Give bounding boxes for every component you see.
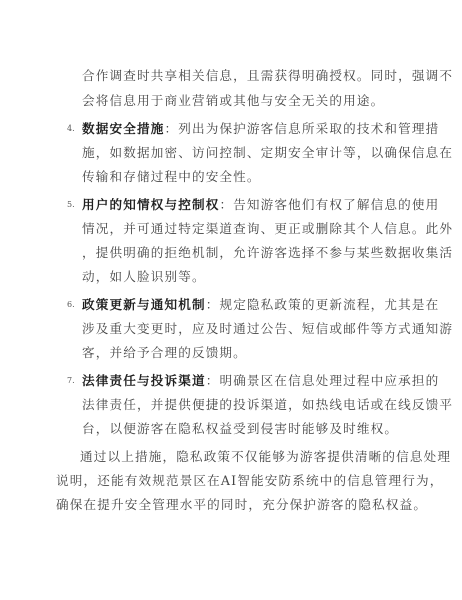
list-item-first-line: 政策更新与通知机制：规定隐私政策的更新流程，尤其是在 xyxy=(82,297,439,313)
continuation-line: 会将信息用于商业营销或其他与安全无关的用途。 xyxy=(82,93,384,109)
conclusion-line: 通过以上措施，隐私政策不仅能够为游客提供清晰的信息处理 xyxy=(80,449,451,465)
document-page: 合作调查时共享相关信息，且需获得明确授权。同时，强调不 会将信息用于商业营销或其… xyxy=(0,0,462,600)
list-item-text: ：明确景区在信息处理过程中应承担的 xyxy=(206,373,440,388)
list-number: 5. xyxy=(67,197,75,213)
list-item-title: 法律责任与投诉渠道 xyxy=(82,373,206,388)
list-item-first-line: 数据安全措施：列出为保护游客信息所采取的技术和管理措 xyxy=(82,121,439,137)
list-item-line: 台，以便游客在隐私权益受到侵害时能够及时维权。 xyxy=(82,421,398,437)
conclusion-line: 确保在提升安全管理水平的同时，充分保护游客的隐私权益。 xyxy=(56,497,427,513)
list-item-line: 涉及重大变更时，应及时通过公告、短信或邮件等方式通知游 xyxy=(82,321,453,337)
list-item-first-line: 法律责任与投诉渠道：明确景区在信息处理过程中应承担的 xyxy=(82,373,439,389)
list-item-first-line: 用户的知情权与控制权：告知游客他们有权了解信息的使用 xyxy=(82,197,439,213)
list-number: 6. xyxy=(67,297,75,313)
list-item-line: 传输和存储过程中的安全性。 xyxy=(82,169,261,185)
list-number: 4. xyxy=(67,121,75,137)
list-item-text: ：规定隐私政策的更新流程，尤其是在 xyxy=(206,297,440,312)
list-item-title: 政策更新与通知机制 xyxy=(82,297,206,312)
list-item-line: 动，如人脸识别等。 xyxy=(82,269,206,285)
continuation-line: 合作调查时共享相关信息，且需获得明确授权。同时，强调不 xyxy=(82,68,453,84)
list-item-line: 施，如数据加密、访问控制、定期安全审计等，以确保信息在 xyxy=(82,145,453,161)
list-item-line: 法律责任，并提供便捷的投诉渠道，如热线电话或在线反馈平 xyxy=(82,397,453,413)
list-item-line: ，提供明确的拒绝机制，允许游客选择不参与某些数据收集活 xyxy=(82,245,453,261)
list-item-line: 情况，并可通过特定渠道查询、更正或删除其个人信息。此外 xyxy=(82,221,453,237)
list-item-text: ：告知游客他们有权了解信息的使用 xyxy=(219,197,439,212)
list-item-line: 客，并给予合理的反馈期。 xyxy=(82,345,247,361)
list-item-text: ：列出为保护游客信息所采取的技术和管理措 xyxy=(164,121,439,136)
conclusion-line: 说明，还能有效规范景区在AI智能安防系统中的信息管理行为， xyxy=(56,473,443,489)
list-item-title: 用户的知情权与控制权 xyxy=(82,197,219,212)
list-item-title: 数据安全措施 xyxy=(82,121,164,136)
list-number: 7. xyxy=(67,373,75,389)
